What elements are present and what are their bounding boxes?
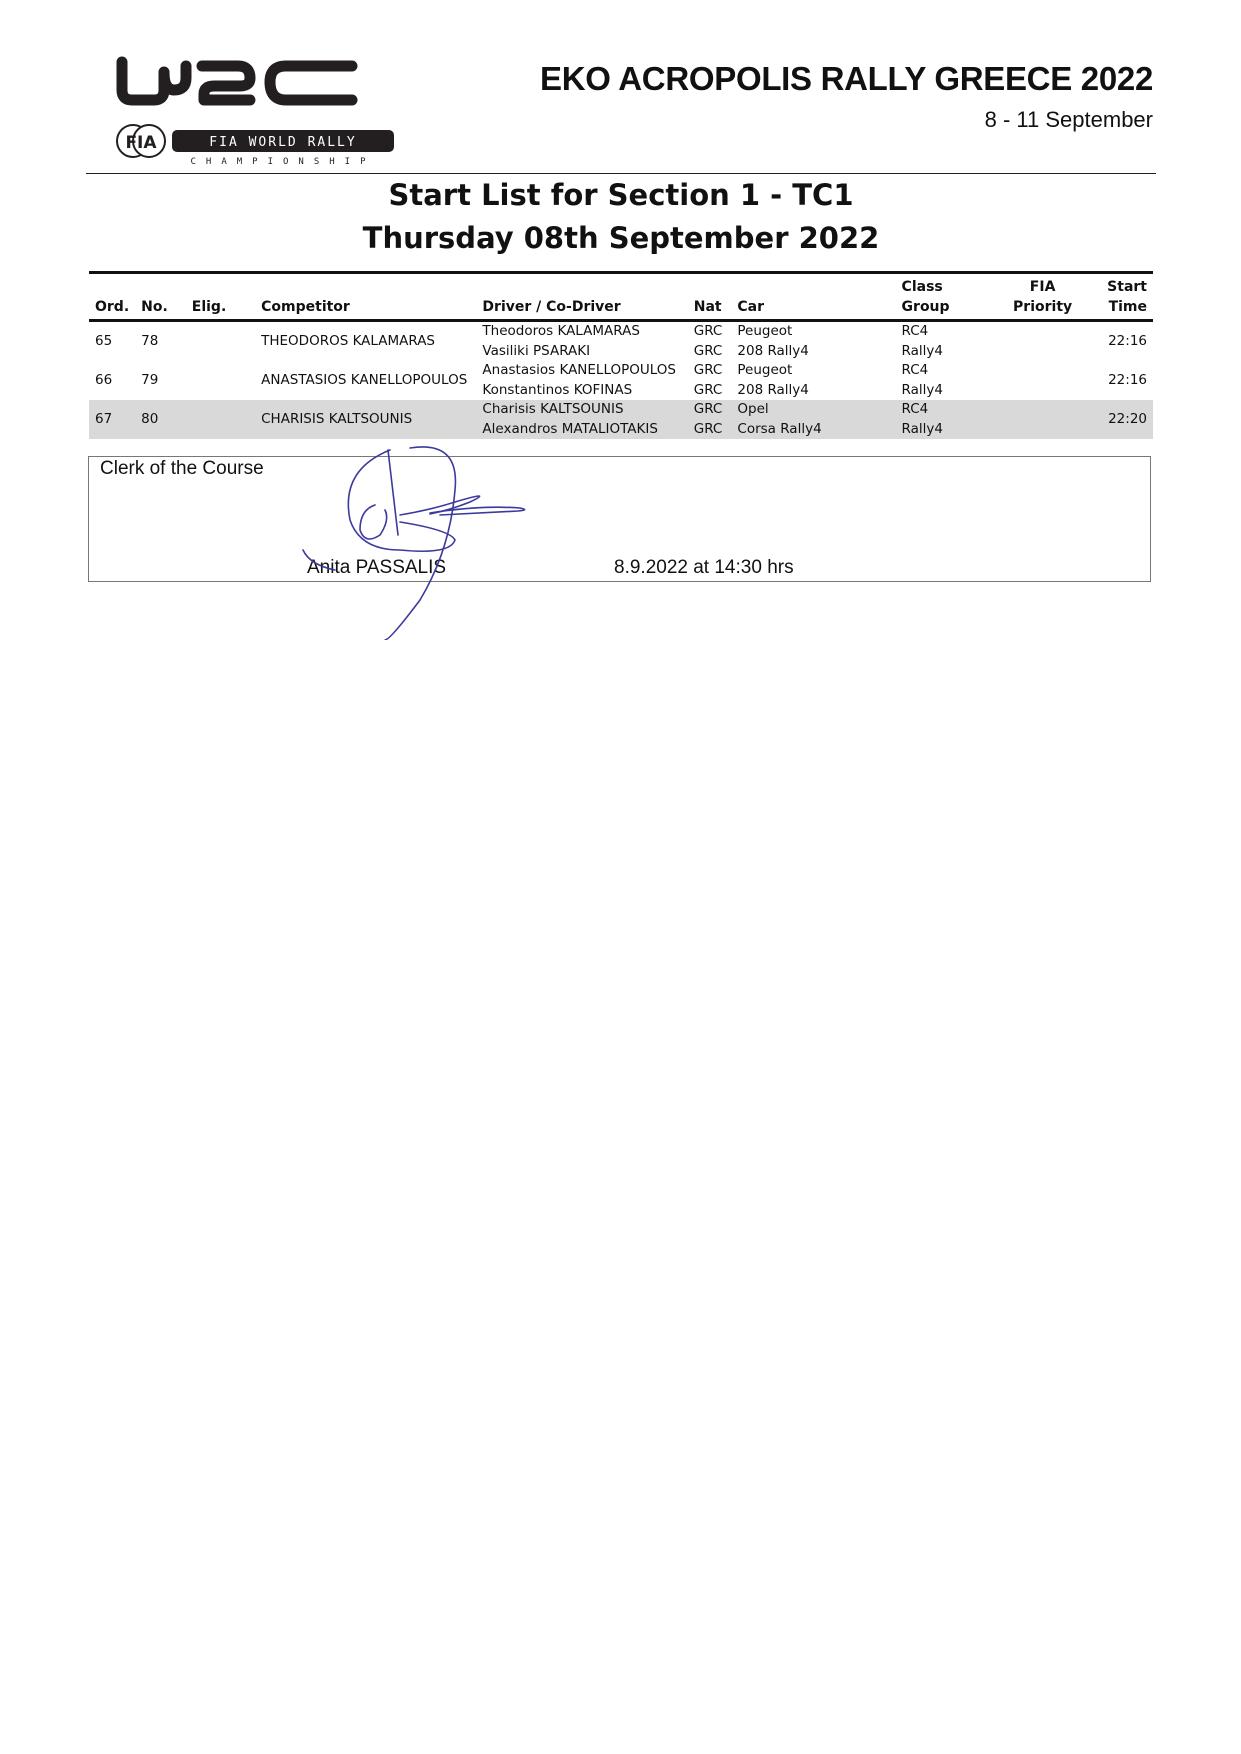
col-header-fia-line1: FIA: [999, 277, 1086, 297]
cell-driver-codriver: Theodoros KALAMARAS Vasiliki PSARAKI: [476, 321, 687, 362]
cell-start-time: 22:16: [1092, 361, 1153, 400]
cell-driver-codriver: Charisis KALTSOUNIS Alexandros MATALIOTA…: [476, 400, 687, 439]
co-driver-nat: GRC: [694, 381, 726, 401]
cell-class-group: RC4 Rally4: [896, 361, 994, 400]
col-header-elig: Elig.: [186, 273, 255, 321]
event-title: EKO ACROPOLIS RALLY GREECE 2022: [540, 60, 1153, 98]
cell-nat: GRC GRC: [688, 321, 732, 362]
table-row: 67 80 CHARISIS KALTSOUNIS Charisis KALTS…: [89, 400, 1153, 439]
col-header-nat: Nat: [688, 273, 732, 321]
signature-box: Clerk of the Course Anita PASSALIS 8.9.2…: [88, 456, 1151, 582]
col-header-time-line1: Start: [1098, 277, 1147, 297]
cell-car: Opel Corsa Rally4: [731, 400, 895, 439]
cell-fia-priority: [993, 400, 1092, 439]
event-dates: 8 - 11 September: [985, 107, 1153, 133]
co-driver-nat: GRC: [694, 342, 726, 362]
cell-fia-priority: [993, 321, 1092, 362]
driver-nat: GRC: [694, 361, 726, 381]
cell-ord: 67: [89, 400, 135, 439]
signature-date: 8.9.2022 at 14:30 hrs: [614, 557, 794, 579]
cell-class-group: RC4 Rally4: [896, 321, 994, 362]
cell-elig: [186, 321, 255, 362]
svg-text:FIA: FIA: [125, 133, 157, 153]
cell-class-group: RC4 Rally4: [896, 400, 994, 439]
header-divider: [86, 173, 1156, 174]
cell-car: Peugeot 208 Rally4: [731, 321, 895, 362]
clerk-of-course-label: Clerk of the Course: [100, 458, 264, 480]
co-driver-name: Vasiliki PSARAKI: [482, 342, 681, 362]
cell-start-time: 22:20: [1092, 400, 1153, 439]
col-header-no: No.: [135, 273, 186, 321]
col-header-car: Car: [731, 273, 895, 321]
group: Rally4: [902, 381, 988, 401]
driver-nat: GRC: [694, 400, 726, 420]
cell-car: Peugeot 208 Rally4: [731, 361, 895, 400]
driver-name: Charisis KALTSOUNIS: [482, 400, 681, 420]
cell-start-time: 22:16: [1092, 321, 1153, 362]
co-driver-name: Konstantinos KOFINAS: [482, 381, 681, 401]
wrc-logo-icon: FIA FIA WORLD RALLY CHAMPIONSHIP: [116, 56, 396, 168]
svg-text:CHAMPIONSHIP: CHAMPIONSHIP: [190, 157, 375, 167]
document-subtitle: Thursday 08th September 2022: [86, 221, 1156, 255]
col-header-class-line2: Group: [902, 297, 988, 317]
cell-competitor: THEODOROS KALAMARAS: [255, 321, 476, 362]
cell-no: 79: [135, 361, 186, 400]
cell-no: 80: [135, 400, 186, 439]
cell-no: 78: [135, 321, 186, 362]
table-row: 65 78 THEODOROS KALAMARAS Theodoros KALA…: [89, 321, 1153, 362]
cell-driver-codriver: Anastasios KANELLOPOULOS Konstantinos KO…: [476, 361, 687, 400]
class: RC4: [902, 400, 988, 420]
car-make: Peugeot: [737, 322, 889, 342]
co-driver-nat: GRC: [694, 420, 726, 440]
driver-name: Anastasios KANELLOPOULOS: [482, 361, 681, 381]
class: RC4: [902, 322, 988, 342]
cell-nat: GRC GRC: [688, 400, 732, 439]
col-header-ord: Ord.: [89, 273, 135, 321]
col-header-start-time: Start Time: [1092, 273, 1153, 321]
group: Rally4: [902, 342, 988, 362]
start-list-table: Ord. No. Elig. Competitor Driver / Co-Dr…: [89, 271, 1153, 439]
cell-ord: 66: [89, 361, 135, 400]
co-driver-name: Alexandros MATALIOTAKIS: [482, 420, 681, 440]
document-title: Start List for Section 1 - TC1: [86, 178, 1156, 212]
driver-nat: GRC: [694, 322, 726, 342]
col-header-fia-line2: Priority: [999, 297, 1086, 317]
car-model: Corsa Rally4: [737, 420, 889, 440]
cell-elig: [186, 361, 255, 400]
col-header-competitor: Competitor: [255, 273, 476, 321]
cell-competitor: ANASTASIOS KANELLOPOULOS: [255, 361, 476, 400]
cell-elig: [186, 400, 255, 439]
car-model: 208 Rally4: [737, 342, 889, 362]
clerk-name: Anita PASSALIS: [307, 557, 446, 579]
col-header-class-line1: Class: [902, 277, 988, 297]
table-header-row: Ord. No. Elig. Competitor Driver / Co-Dr…: [89, 273, 1153, 321]
col-header-fia-priority: FIA Priority: [993, 273, 1092, 321]
col-header-driver: Driver / Co-Driver: [476, 273, 687, 321]
class: RC4: [902, 361, 988, 381]
col-header-class-group: Class Group: [896, 273, 994, 321]
group: Rally4: [902, 420, 988, 440]
car-model: 208 Rally4: [737, 381, 889, 401]
cell-ord: 65: [89, 321, 135, 362]
cell-fia-priority: [993, 361, 1092, 400]
table-row: 66 79 ANASTASIOS KANELLOPOULOS Anastasio…: [89, 361, 1153, 400]
svg-text:FIA WORLD RALLY: FIA WORLD RALLY: [209, 135, 356, 150]
cell-competitor: CHARISIS KALTSOUNIS: [255, 400, 476, 439]
col-header-time-line2: Time: [1098, 297, 1147, 317]
driver-name: Theodoros KALAMARAS: [482, 322, 681, 342]
car-make: Opel: [737, 400, 889, 420]
cell-nat: GRC GRC: [688, 361, 732, 400]
car-make: Peugeot: [737, 361, 889, 381]
